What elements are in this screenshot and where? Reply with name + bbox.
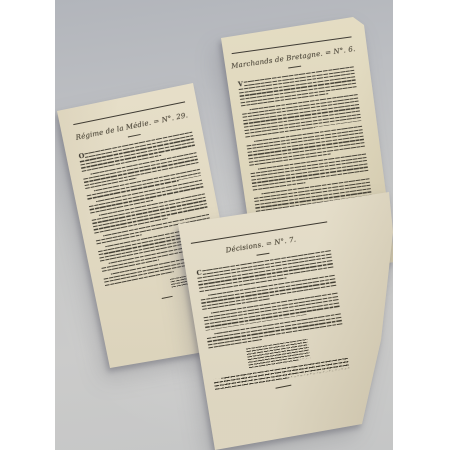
printed-area: Décisions. = N°. 7. C — [183, 209, 362, 426]
paper-sheet: Décisions. = N°. 7. C — [55, 0, 393, 450]
photo-margin-right — [393, 0, 450, 450]
title-divider-dash — [256, 253, 269, 256]
document-sheet-bottom: Décisions. = N°. 7. C — [55, 0, 393, 450]
end-ornament — [276, 385, 292, 389]
verse-block — [246, 339, 310, 368]
photograph-of-documents: Régime de la Médie. = N°. 29. O — [55, 0, 393, 450]
drop-cap-letter: C — [196, 270, 203, 277]
body-text: C — [189, 249, 349, 349]
photo-margin-left — [0, 0, 55, 450]
